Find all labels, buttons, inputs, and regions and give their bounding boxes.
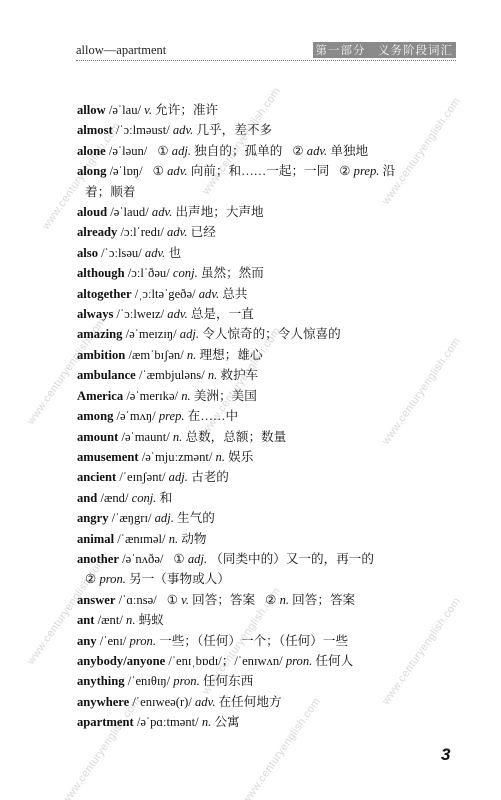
pronunciation: /əˈmeɪzɪŋ/ xyxy=(126,327,177,341)
headword: although xyxy=(77,266,125,280)
definition: 回答；答案 xyxy=(192,593,255,607)
pronunciation: /ˈeɪnʃənt/ xyxy=(119,470,165,484)
word-list: allow /əˈlau/ v. 允许；准许almost /ˈɔːlməust/… xyxy=(77,100,457,733)
definition: 娱乐 xyxy=(228,450,253,464)
pronunciation: /ˈenɪˌbɒdɪ/；/ˈenɪwʌn/ xyxy=(168,654,282,668)
sense-number: ① xyxy=(167,593,178,607)
definition: 任何东西 xyxy=(203,674,253,688)
pronunciation: /æmˈbɪʃən/ xyxy=(128,348,183,362)
pronunciation: /əˈləun/ xyxy=(109,144,147,158)
definition: 单独地 xyxy=(330,144,368,158)
headword: also xyxy=(77,246,98,260)
part-of-speech: v. xyxy=(144,103,152,117)
part-of-speech: pron. xyxy=(130,634,156,648)
list-item: America /əˈmerɪkə/ n. 美洲；美国 xyxy=(77,386,457,406)
headword: and xyxy=(77,491,97,505)
definition: 已经 xyxy=(191,225,216,239)
pronunciation: /əˈmaunt/ xyxy=(121,430,169,444)
part-of-speech: adv. xyxy=(199,287,219,301)
part-of-speech: adj. xyxy=(180,327,199,341)
pronunciation: /ˈæmbjuləns/ xyxy=(139,368,205,382)
part-of-speech: prep. xyxy=(159,409,185,423)
definition: 着；顺着 xyxy=(85,185,135,199)
pronunciation: /ænd/ xyxy=(100,491,128,505)
headword: anywhere xyxy=(77,695,129,709)
part-of-speech: adj. xyxy=(169,470,188,484)
pronunciation: /ɔːlˈðəu/ xyxy=(128,266,170,280)
sense-number: ② xyxy=(292,144,303,158)
headword: aloud xyxy=(77,205,107,219)
definition: 虽然；然而 xyxy=(201,266,264,280)
list-item: already /ɔːlˈredɪ/ adv. 已经 xyxy=(77,222,457,242)
list-item: anybody/anyone /ˈenɪˌbɒdɪ/；/ˈenɪwʌn/ pro… xyxy=(77,651,457,671)
pronunciation: /ˈɔːlweɪz/ xyxy=(117,307,165,321)
list-item: among /əˈmʌŋ/ prep. 在……中 xyxy=(77,406,457,426)
pronunciation: /əˈmʌŋ/ xyxy=(117,409,156,423)
definition: 允许；准许 xyxy=(155,103,218,117)
pronunciation: /ænt/ xyxy=(98,613,123,627)
list-item: apartment /əˈpɑːtmənt/ n. 公寓 xyxy=(77,712,457,732)
part-of-speech: conj. xyxy=(173,266,198,280)
list-item: amusement /əˈmjuːzmənt/ n. 娱乐 xyxy=(77,447,457,467)
list-item: and /ænd/ conj. 和 xyxy=(77,488,457,508)
sense-number: ① xyxy=(157,144,168,158)
headword: ambulance xyxy=(77,368,136,382)
sense-number: ② xyxy=(85,572,96,586)
list-item: answer /ˈɑːnsə/① v. 回答；答案② n. 回答；答案 xyxy=(77,590,457,610)
pronunciation: /ˈɔːlməust/ xyxy=(116,123,170,137)
pronunciation: /ˈɔːlsəu/ xyxy=(101,246,142,260)
definition: 生气的 xyxy=(177,511,215,525)
headword: angry xyxy=(77,511,108,525)
headword: amount xyxy=(77,430,118,444)
headword: America xyxy=(77,389,123,403)
definition: 蚂蚁 xyxy=(139,613,164,627)
sense-number: ① xyxy=(153,164,164,178)
definition: 另一（事物或人） xyxy=(129,572,230,586)
part-of-speech: pron. xyxy=(173,674,199,688)
headword: along xyxy=(77,164,106,178)
list-item-continuation: ② pron. 另一（事物或人） xyxy=(77,569,457,589)
definition: 向前；和……一起；一同 xyxy=(191,164,330,178)
definition: 公寓 xyxy=(214,715,239,729)
pronunciation: /ˌɔːltəˈgeðə/ xyxy=(135,287,196,301)
part-of-speech: n. xyxy=(173,430,182,444)
headword: altogether xyxy=(77,287,132,301)
definition: 沿 xyxy=(383,164,396,178)
pronunciation: /ˈænɪməl/ xyxy=(117,532,165,546)
definition: 出声地；大声地 xyxy=(175,205,263,219)
list-item: amount /əˈmaunt/ n. 总数，总额；数量 xyxy=(77,427,457,447)
headword: anybody/anyone xyxy=(77,654,165,668)
definition: 也 xyxy=(168,246,181,260)
headword: amazing xyxy=(77,327,122,341)
part-of-speech: adv. xyxy=(145,246,165,260)
definition: 一些；（任何）一个；（任何）一些 xyxy=(159,634,348,648)
part-of-speech: n. xyxy=(202,715,211,729)
definition: 令人惊奇的；令人惊喜的 xyxy=(202,327,341,341)
headword: animal xyxy=(77,532,114,546)
part-of-speech: adv. xyxy=(167,225,187,239)
headword: anything xyxy=(77,674,125,688)
header-range: allow—apartment xyxy=(76,43,166,58)
pronunciation: /ˈenɪθɪŋ/ xyxy=(128,674,170,688)
sense-number: ① xyxy=(173,552,184,566)
part-of-speech: adv. xyxy=(167,307,187,321)
part-of-speech: adv. xyxy=(195,695,215,709)
headword: ancient xyxy=(77,470,116,484)
headword: amusement xyxy=(77,450,139,464)
definition: 回答；答案 xyxy=(292,593,355,607)
list-item: alone /əˈləun/① adj. 独自的；孤单的② adv. 单独地 xyxy=(77,141,457,161)
definition: 总数，总额；数量 xyxy=(185,430,286,444)
headword: ant xyxy=(77,613,95,627)
part-of-speech: v. xyxy=(181,593,189,607)
pronunciation: /əˈnʌðə/ xyxy=(122,552,163,566)
definition: 美洲；美国 xyxy=(194,389,257,403)
headword: ambition xyxy=(77,348,125,362)
part-of-speech: adj. xyxy=(172,144,191,158)
definition: 在……中 xyxy=(188,409,238,423)
part-of-speech: n. xyxy=(280,593,289,607)
list-item: always /ˈɔːlweɪz/ adv. 总是，一直 xyxy=(77,304,457,324)
list-item: another /əˈnʌðə/① adj. （同类中的）又一的，再一的 xyxy=(77,549,457,569)
pronunciation: /ˈenɪweə(r)/ xyxy=(132,695,191,709)
part-of-speech: pron. xyxy=(286,654,312,668)
pronunciation: /əˈmerɪkə/ xyxy=(126,389,178,403)
list-item: ambulance /ˈæmbjuləns/ n. 救护车 xyxy=(77,365,457,385)
definition: 和 xyxy=(160,491,173,505)
list-item: along /əˈlɒŋ/① adv. 向前；和……一起；一同② prep. 沿 xyxy=(77,161,457,181)
part-of-speech: pron. xyxy=(99,572,125,586)
definition: （同类中的）又一的，再一的 xyxy=(210,552,374,566)
list-item: ambition /æmˈbɪʃən/ n. 理想；雄心 xyxy=(77,345,457,365)
headword: almost xyxy=(77,123,113,137)
part-of-speech: adv. xyxy=(173,123,193,137)
pronunciation: /ɔːlˈredɪ/ xyxy=(121,225,164,239)
sense-number: ② xyxy=(265,593,276,607)
definition: 理想；雄心 xyxy=(199,348,262,362)
headword: always xyxy=(77,307,113,321)
list-item: angry /ˈæŋgrɪ/ adj. 生气的 xyxy=(77,508,457,528)
list-item: altogether /ˌɔːltəˈgeðə/ adv. 总共 xyxy=(77,284,457,304)
definition: 任何人 xyxy=(315,654,353,668)
definition: 独自的；孤单的 xyxy=(194,144,282,158)
pronunciation: /ˈæŋgrɪ/ xyxy=(112,511,152,525)
list-item: although /ɔːlˈðəu/ conj. 虽然；然而 xyxy=(77,263,457,283)
list-item: almost /ˈɔːlməust/ adv. 几乎，差不多 xyxy=(77,120,457,140)
headword: another xyxy=(77,552,119,566)
pronunciation: /ˈɑːnsə/ xyxy=(119,593,157,607)
part-of-speech: adv. xyxy=(152,205,172,219)
part-of-speech: n. xyxy=(169,532,178,546)
definition: 总共 xyxy=(222,287,247,301)
part-of-speech: n. xyxy=(216,450,225,464)
definition: 古老的 xyxy=(191,470,229,484)
part-of-speech: n. xyxy=(187,348,196,362)
list-item: aloud /əˈlaud/ adv. 出声地；大声地 xyxy=(77,202,457,222)
definition: 总是，一直 xyxy=(191,307,254,321)
pronunciation: /əˈlau/ xyxy=(109,103,141,117)
list-item: any /ˈenɪ/ pron. 一些；（任何）一个；（任何）一些 xyxy=(77,631,457,651)
part-of-speech: conj. xyxy=(132,491,157,505)
page-number: 3 xyxy=(441,745,450,765)
list-item: also /ˈɔːlsəu/ adv. 也 xyxy=(77,243,457,263)
part-of-speech: adv. xyxy=(307,144,327,158)
list-item: amazing /əˈmeɪzɪŋ/ adj. 令人惊奇的；令人惊喜的 xyxy=(77,324,457,344)
pronunciation: /əˈpɑːtmənt/ xyxy=(137,715,199,729)
part-of-speech: n. xyxy=(126,613,135,627)
part-of-speech: n. xyxy=(208,368,217,382)
part-of-speech: n. xyxy=(181,389,190,403)
sense-number: ② xyxy=(339,164,350,178)
headword: allow xyxy=(77,103,106,117)
list-item: allow /əˈlau/ v. 允许；准许 xyxy=(77,100,457,120)
part-of-speech: prep. xyxy=(354,164,380,178)
list-item: ant /ænt/ n. 蚂蚁 xyxy=(77,610,457,630)
pronunciation: /əˈlɒŋ/ xyxy=(110,164,143,178)
list-item: animal /ˈænɪməl/ n. 动物 xyxy=(77,529,457,549)
definition: 救护车 xyxy=(220,368,258,382)
definition: 动物 xyxy=(181,532,206,546)
pronunciation: /ˈenɪ/ xyxy=(100,634,127,648)
pronunciation: /əˈmjuːzmənt/ xyxy=(142,450,213,464)
list-item: anything /ˈenɪθɪŋ/ pron. 任何东西 xyxy=(77,671,457,691)
running-header: allow—apartment 第一部分 义务阶段词汇 xyxy=(76,42,456,61)
headword: apartment xyxy=(77,715,134,729)
headword: already xyxy=(77,225,117,239)
definition: 几乎，差不多 xyxy=(196,123,272,137)
definition: 在任何地方 xyxy=(219,695,282,709)
headword: any xyxy=(77,634,97,648)
list-item: anywhere /ˈenɪweə(r)/ adv. 在任何地方 xyxy=(77,692,457,712)
headword: answer xyxy=(77,593,115,607)
list-item-continuation: 着；顺着 xyxy=(77,182,457,202)
list-item: ancient /ˈeɪnʃənt/ adj. 古老的 xyxy=(77,467,457,487)
part-of-speech: adj. xyxy=(188,552,207,566)
headword: alone xyxy=(77,144,106,158)
pronunciation: /əˈlaud/ xyxy=(110,205,148,219)
headword: among xyxy=(77,409,113,423)
part-of-speech: adv. xyxy=(167,164,187,178)
section-label: 第一部分 义务阶段词汇 xyxy=(313,42,457,58)
part-of-speech: adj. xyxy=(155,511,174,525)
